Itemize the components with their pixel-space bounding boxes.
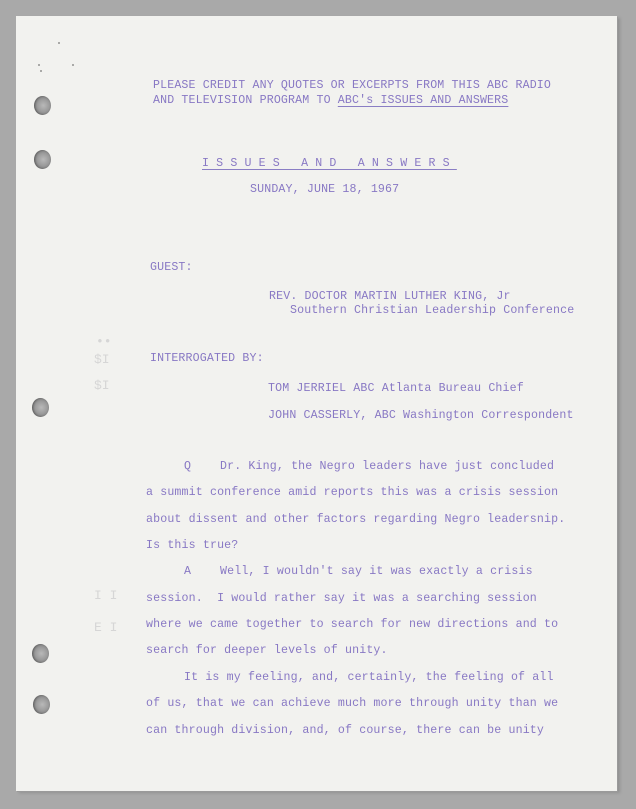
paper-speck <box>72 64 74 66</box>
show-through-mark: $I <box>94 378 110 393</box>
paper-speck <box>40 70 42 72</box>
answer-marker: A <box>184 565 191 578</box>
show-through-mark: •• <box>96 334 112 349</box>
broadcast-date: SUNDAY, JUNE 18, 1967 <box>250 183 399 196</box>
answer-line-4: search for deeper levels of unity. <box>146 644 388 657</box>
guest-name: REV. DOCTOR MARTIN LUTHER KING, Jr <box>269 290 511 303</box>
paragraph-line-1: It is my feeling, and, certainly, the fe… <box>184 671 554 684</box>
document-page: •• $I $I I I E I PLEASE CREDIT ANY QUOTE… <box>16 16 617 791</box>
answer-line-2: session. I would rather say it was a sea… <box>146 592 537 605</box>
paper-speck <box>38 64 40 66</box>
question-line-2: a summit conference amid reports this wa… <box>146 486 558 499</box>
paragraph-line-3: can through division, and, of course, th… <box>146 724 544 737</box>
credit-notice-line-2-prefix: AND TELEVISION PROGRAM TO <box>153 94 338 107</box>
question-line-4: Is this true? <box>146 539 238 552</box>
question-line-3: about dissent and other factors regardin… <box>146 513 565 526</box>
show-through-mark: E I <box>94 620 117 635</box>
interrogator-2: JOHN CASSERLY, ABC Washington Correspond… <box>268 409 574 422</box>
paragraph-line-2: of us, that we can achieve much more thr… <box>146 697 558 710</box>
show-through-mark: I I <box>94 588 117 603</box>
program-title: ISSUES AND ANSWERS <box>202 157 457 170</box>
credit-program-name: ABC's ISSUES AND ANSWERS <box>338 94 509 107</box>
guest-label: GUEST: <box>150 261 193 274</box>
question-marker: Q <box>184 460 191 473</box>
interrogator-1: TOM JERRIEL ABC Atlanta Bureau Chief <box>268 382 524 395</box>
binder-hole-1 <box>34 96 51 115</box>
question-line-1: Dr. King, the Negro leaders have just co… <box>220 460 554 473</box>
show-through-mark: $I <box>94 352 110 367</box>
answer-line-3: where we came together to search for new… <box>146 618 558 631</box>
credit-notice-line-2: AND TELEVISION PROGRAM TO ABC's ISSUES A… <box>153 94 508 107</box>
guest-organization: Southern Christian Leadership Conference <box>290 304 574 317</box>
answer-line-1: Well, I wouldn't say it was exactly a cr… <box>220 565 533 578</box>
binder-hole-4 <box>32 644 49 663</box>
paper-speck <box>58 42 60 44</box>
binder-hole-3 <box>32 398 49 417</box>
binder-hole-5 <box>33 695 50 714</box>
credit-notice-line-1: PLEASE CREDIT ANY QUOTES OR EXCERPTS FRO… <box>153 79 551 92</box>
binder-hole-2 <box>34 150 51 169</box>
interrogators-label: INTERROGATED BY: <box>150 352 264 365</box>
